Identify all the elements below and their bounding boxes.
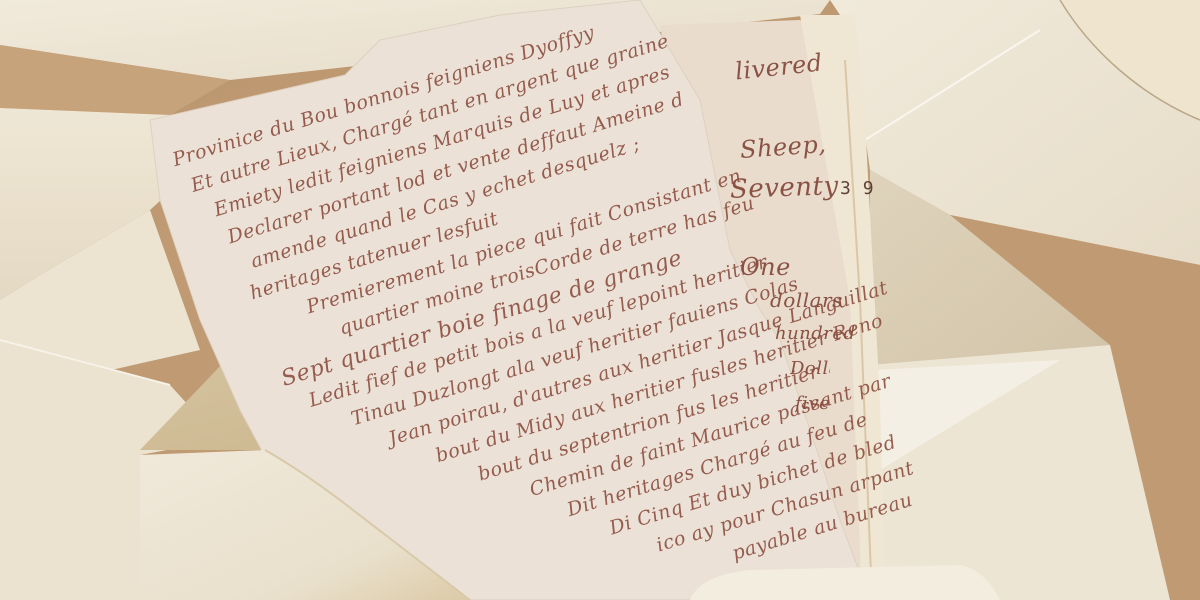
envelope-front-pocket bbox=[140, 450, 470, 600]
card-bottom bbox=[690, 565, 1000, 600]
envelope-foreground bbox=[0, 0, 1200, 600]
photo-scene: livered Sheep, Seventy One dollars hundr… bbox=[0, 0, 1200, 600]
